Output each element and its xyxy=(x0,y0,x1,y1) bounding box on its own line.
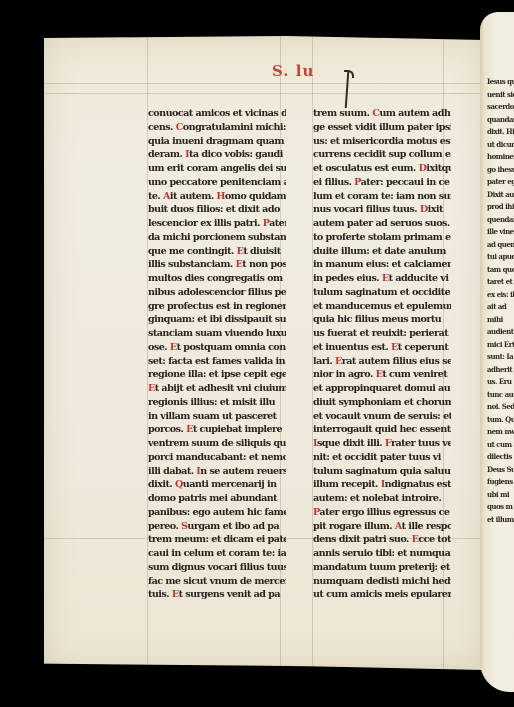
text-line: mandatum tuum preterij: et xyxy=(313,561,451,575)
rubricated-initial: I xyxy=(313,438,317,449)
text-line: autem: et nolebat introire. xyxy=(313,492,451,506)
text-line: nit: et occidit pater tuus vi xyxy=(313,451,451,465)
text-line: currens cecidit sup collum eius: xyxy=(313,148,451,162)
text-line: quia inueni dragmam quam perdi xyxy=(148,135,286,149)
text-line: prod ihi xyxy=(487,201,514,214)
text-line: conuocat amicos et vicinas di xyxy=(148,107,286,121)
text-line: ex eis: ill xyxy=(487,289,514,302)
text-line: tunc autem xyxy=(487,389,514,402)
text-line: mihi xyxy=(487,314,514,327)
text-line: audient xyxy=(487,326,514,339)
text-line: panibus: ego autem hic fame xyxy=(148,506,286,520)
text-line: interrogauit quid hec essent. xyxy=(313,423,451,437)
text-line: illis substanciam. Et non post xyxy=(148,258,286,272)
rubricated-initial: E xyxy=(335,356,342,367)
text-line: cens. Congratulamini michi: xyxy=(148,121,286,135)
text-line: sum dignus vocari filius tuus: xyxy=(148,561,286,575)
rubricated-initial: E xyxy=(186,424,193,435)
facing-page-text: Iesus quin uenit sicu sacerdotum quandam… xyxy=(487,76,514,526)
text-line: adherit xyxy=(487,364,514,377)
text-line: uenit sicu xyxy=(487,89,514,102)
text-line: dixit. Hil xyxy=(487,126,514,139)
rubricated-initial: A xyxy=(163,191,170,202)
rubricated-initial: E xyxy=(391,342,398,353)
rubricated-initial: E xyxy=(237,246,244,257)
text-line: in pedes eius. Et adducite vi xyxy=(313,272,451,286)
text-line: noi. Sed xyxy=(487,401,514,414)
rubricated-initial: S xyxy=(181,521,187,532)
decorated-initial-flourish xyxy=(344,70,354,78)
text-line: tuis. Et surgens venit ad pa xyxy=(148,588,286,602)
text-line: ad quem ab xyxy=(487,239,514,252)
text-line: Dixit aut xyxy=(487,189,514,202)
ruling-line xyxy=(44,93,484,94)
text-line: mici Ert xyxy=(487,339,514,352)
text-line: go ihesum xyxy=(487,164,514,177)
text-line: et appropinquaret domui au xyxy=(313,382,451,396)
text-line: um erit coram angelis dei sup xyxy=(148,162,286,176)
text-line: tui apud xyxy=(487,251,514,264)
text-line: trem suum. Cum autem adhuc lon xyxy=(313,107,451,121)
text-line: us. Eru xyxy=(487,376,514,389)
text-line: illi dabat. In se autem reuersus xyxy=(148,465,286,479)
rubricated-initial: E xyxy=(412,534,419,545)
text-line: porci manducabant: et nemo xyxy=(148,451,286,465)
text-line: nus vocari filius tuus. Dixit xyxy=(313,203,451,217)
text-line: ginquam: et ibi dissipauit sub xyxy=(148,313,286,327)
text-line: fac me sicut vnum de mercenarijs xyxy=(148,575,286,589)
rubricated-initial: F xyxy=(385,438,391,449)
rubricated-initial: I xyxy=(185,149,189,160)
text-line: Deus Sup xyxy=(487,464,514,477)
rubricated-initial: H xyxy=(216,191,225,202)
text-line: illum recepit. Indignatus est xyxy=(313,478,451,492)
rubricated-initial: P xyxy=(313,507,319,518)
text-line: numquam dedisti michi hedum xyxy=(313,575,451,589)
text-line: lari. Erat autem filius eius se xyxy=(313,355,451,369)
text-line: quandam xyxy=(487,114,514,127)
text-line: buit duos filios: et dixit ado xyxy=(148,203,286,217)
text-line: dixit. Quanti mercenarij in xyxy=(148,478,286,492)
text-line: ait ad xyxy=(487,301,514,314)
text-line: ventrem suum de siliquis quas xyxy=(148,437,286,451)
text-line: et vocauit vnum de seruis: et xyxy=(313,410,451,424)
text-line: pater ego xyxy=(487,176,514,189)
text-line: que me contingit. Et diuisit xyxy=(148,245,286,259)
rubricated-initial: E xyxy=(376,369,383,380)
text-line: hominem xyxy=(487,151,514,164)
text-line: taret et ill xyxy=(487,276,514,289)
rubricated-initial: D xyxy=(420,204,428,215)
rubricated-initial: C xyxy=(372,108,379,119)
text-line: regionis illius: et misit illu xyxy=(148,396,286,410)
text-line: et manducemus et epulemur. xyxy=(313,300,451,314)
text-line: trem meum: et dicam ei pater pec xyxy=(148,533,286,547)
text-line: tulum saginatum quia saluum xyxy=(313,465,451,479)
text-line: annis seruio tibi: et numquam xyxy=(313,547,451,561)
text-line: et osculatus est eum. Dixitque xyxy=(313,162,451,176)
text-line: porcos. Et cupiebat implere xyxy=(148,423,286,437)
text-line: dens dixit patri suo. Ecce tot xyxy=(313,533,451,547)
text-column-right: trem suum. Cum autem adhuc lon ge esset … xyxy=(313,107,451,602)
text-line: Isque dixit illi. Frater tuus ve xyxy=(313,437,451,451)
text-line: nibus adolescencior filius per xyxy=(148,286,286,300)
text-line: et illum xyxy=(487,514,514,527)
text-line: lescencior ex illis patri. Pater: xyxy=(148,217,286,231)
rubricated-initial: E xyxy=(148,383,155,394)
text-line: sacerdotum xyxy=(487,101,514,114)
text-line: pereo. Surgam et ibo ad pa xyxy=(148,520,286,534)
text-line: ut cum amicis meis epularer. xyxy=(313,588,451,602)
rubricated-initial: E xyxy=(236,259,243,270)
text-line: dilectis xyxy=(487,451,514,464)
text-line: multos dies congregatis om xyxy=(148,272,286,286)
text-line: ut dicunt xyxy=(487,139,514,152)
text-line: lum et coram te: iam non sum dig xyxy=(313,190,451,204)
text-line: diuit symphoniam et chorum: xyxy=(313,396,451,410)
text-line: ge esset vidit illum pater ipsi xyxy=(313,121,451,135)
text-line: ose. Et postquam omnia consumas xyxy=(148,341,286,355)
text-line: gre profectus est in regionem lon xyxy=(148,300,286,314)
text-column-left: conuocat amicos et vicinas di cens. Cong… xyxy=(148,107,286,602)
running-head: S. lu xyxy=(272,62,314,80)
rubricated-initial: P xyxy=(263,218,269,229)
text-line: in villam suam ut pasceret xyxy=(148,410,286,424)
text-line: caui in celum et coram te: iam non xyxy=(148,547,286,561)
text-line: Et abijt et adhesit vni ciuium xyxy=(148,382,286,396)
text-line: set: facta est fames valida in xyxy=(148,355,286,369)
rubricated-initial: E xyxy=(382,273,389,284)
text-line: quia hic filius meus mortu xyxy=(313,313,451,327)
rubricated-initial: E xyxy=(170,342,177,353)
text-line: stanciam suam viuendo luxuri xyxy=(148,327,286,341)
rubricated-initial: P xyxy=(354,177,360,188)
text-line: regione illa: et ipse cepit egere. xyxy=(148,368,286,382)
text-line: Pater ergo illius egressus ce xyxy=(313,506,451,520)
text-line: et inuentus est. Et ceperunt epu xyxy=(313,341,451,355)
ruling-line xyxy=(44,83,484,84)
text-line: in manum eius: et calciamenta xyxy=(313,258,451,272)
text-line: deram. Ita dico vobis: gaudi xyxy=(148,148,286,162)
text-line: quos m xyxy=(487,501,514,514)
rubricated-initial: I xyxy=(196,466,200,477)
text-line: tam quo xyxy=(487,264,514,277)
text-line: autem pater ad seruos suos. Ci xyxy=(313,217,451,231)
text-line: us: et misericordia motus est: et ac xyxy=(313,135,451,149)
text-line: da michi porcionem substancie xyxy=(148,231,286,245)
text-line: to proferte stolam primam et in xyxy=(313,231,451,245)
text-line: sunt: Ia xyxy=(487,351,514,364)
text-line: ei filius. Pater: peccaui in ce xyxy=(313,176,451,190)
text-line: quendam xyxy=(487,214,514,227)
text-line: pit rogare illum. At ille respon xyxy=(313,520,451,534)
text-line: Iesus quin xyxy=(487,76,514,89)
rubricated-initial: E xyxy=(172,589,179,600)
rubricated-initial: C xyxy=(176,122,183,133)
text-line: ubi mi xyxy=(487,489,514,502)
text-line: ut cum aut xyxy=(487,439,514,452)
text-line: domo patris mei abundant xyxy=(148,492,286,506)
text-line: te. Ait autem. Homo quidam ha xyxy=(148,190,286,204)
text-line: ille vinea xyxy=(487,226,514,239)
text-line: nem nw xyxy=(487,426,514,439)
rubricated-initial: Q xyxy=(175,479,183,490)
text-line: us fuerat et reuixit: perierat xyxy=(313,327,451,341)
rubricated-initial: D xyxy=(419,163,427,174)
text-line: fugiens xyxy=(487,476,514,489)
text-line: duite illum: et date anulum xyxy=(313,245,451,259)
rubricated-initial: A xyxy=(395,521,402,532)
text-line: tulum saginatum et occidite: xyxy=(313,286,451,300)
text-line: nior in agro. Et cum veniret xyxy=(313,368,451,382)
rubricated-initial: I xyxy=(381,479,385,490)
text-line: uno peccatore penitenciam agen xyxy=(148,176,286,190)
text-line: tum. Quid xyxy=(487,414,514,427)
